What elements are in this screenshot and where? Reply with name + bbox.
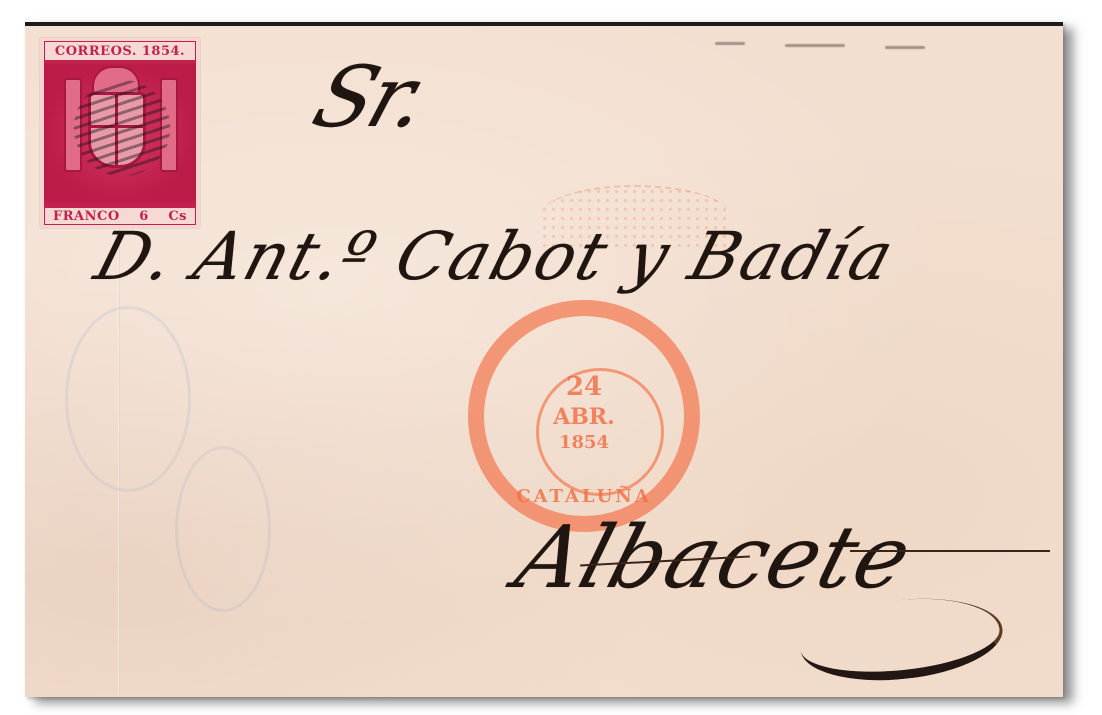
top-smudge (785, 44, 845, 47)
stamp-top-label: CORREOS. 1854. (44, 41, 196, 61)
destination-crossbar (850, 550, 1050, 552)
faint-ink-trace (175, 446, 271, 612)
postmark-day: 24 (468, 372, 700, 402)
faint-ink-trace (65, 306, 191, 492)
postmark-text: 24 ABR. 1854 CATALUÑA (468, 300, 700, 532)
postmark-region: CATALUÑA (468, 486, 700, 507)
top-smudge (885, 46, 925, 49)
postage-stamp: CORREOS. 1854. FRANCO 6 Cs (40, 38, 200, 228)
cancellation-mark (68, 74, 176, 182)
top-smudge (715, 42, 745, 45)
postmark-month: ABR. (468, 404, 700, 430)
addressee-name: D. Ant.º Cabot y Badía (87, 218, 903, 295)
postmark-year: 1854 (468, 432, 700, 453)
